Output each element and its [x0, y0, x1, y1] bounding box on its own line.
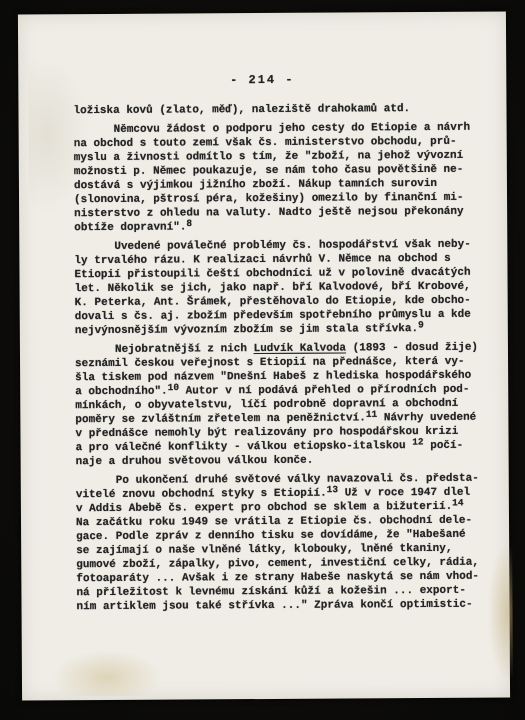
footnote-reference: 14: [452, 497, 463, 508]
text-segment: možnosti p. Němec poukazuje, se nám toho…: [74, 164, 464, 178]
scan-background: - 214 - ložiska kovů (zlato, měď), nalez…: [0, 0, 525, 720]
text-segment: Už v roce 1947 dlel: [338, 487, 470, 500]
text-segment: v přednášce nemohly být realizovány pro …: [75, 426, 458, 440]
text-segment: K. Peterka, Ant. Šrámek, přestěhovalo do…: [75, 295, 471, 309]
text-line: nisterstvo z ohledu na valuty. Nadto ješ…: [74, 205, 474, 221]
text-segment: ly trvalého rázu. K realizaci návrhů V. …: [74, 253, 450, 267]
footnote-reference: 13: [327, 484, 338, 495]
text-segment: počí-: [424, 440, 464, 452]
text-segment: Autor v ní podává přehled o přírodních p…: [179, 384, 470, 398]
text-segment: fotoaparáty ... Avšak i ze strany Habeše…: [76, 571, 479, 585]
text-segment: v Addis Abebě čs. expert pro obchod se s…: [76, 501, 452, 515]
text-segment: let. Několik se jich, jako např. bří Kal…: [75, 281, 471, 295]
text-segment: Ludvík Kalvoda: [254, 342, 346, 355]
text-segment: mínkách, o obyvatelstvu, líčí podrobně d…: [75, 398, 458, 412]
document-page: - 214 - ložiska kovů (zlato, měď), nalez…: [18, 12, 510, 701]
text-segment: se zajímají o naše vlněné látky, klobouk…: [76, 543, 452, 557]
text-segment: Návrhy uvedené: [377, 412, 476, 425]
text-line: nejvýnosnějším vývozním zbožím se jim st…: [75, 322, 475, 338]
paragraph: Nejobratnější z nich Ludvík Kalvoda (189…: [75, 341, 476, 469]
text-segment: dostává s výjimkou jižního zboží. Nákup …: [74, 178, 437, 192]
text-line: ložiska kovů (zlato, měď), naleziště dra…: [73, 102, 473, 118]
text-segment: seznámil českou veřejnost s Etiopií na p…: [75, 356, 465, 370]
paragraph: Po ukončení druhé světové války navazova…: [76, 472, 477, 614]
text-line: naje a druhou světovou válkou konče.: [76, 453, 476, 469]
text-segment: naje a druhou světovou válkou konče.: [76, 455, 314, 468]
footnote-reference: 11: [366, 409, 377, 420]
text-segment: Po ukončení druhé světové války navazova…: [116, 473, 479, 487]
text-segment: nejvýnosnějším vývozním zbožím se jim st…: [75, 323, 418, 337]
text-segment: poměry se zvláštním zřetelem na peněžnic…: [75, 412, 366, 426]
text-segment: Etiopií přistoupili čeští obchodníci už …: [74, 267, 470, 281]
text-segment: ním artiklem jsou také střívka ..." Zprá…: [76, 599, 472, 613]
paragraph: Uvedené poválečné problémy čs. hospodářs…: [74, 238, 475, 338]
text-segment: myslu a živnosti odmítlo s tím, že "zbož…: [74, 150, 464, 164]
paragraph: Němcovu žádost o podporu jeho cesty do E…: [74, 121, 475, 235]
paragraph: ložiska kovů (zlato, měď), naleziště dra…: [73, 102, 473, 118]
text-segment: gumové zboží, zápalky, pivo, cement, inv…: [76, 557, 479, 571]
text-segment: a pro válečné konflikty - válkou etiopsk…: [76, 440, 413, 454]
text-segment: a obchodního".: [75, 386, 167, 399]
text-line: a pro válečné konflikty - válkou etiopsk…: [76, 439, 476, 455]
text-segment: vitelé znovu obchodní styky s Etiopií.: [76, 488, 327, 502]
footnote-reference: 10: [168, 382, 179, 393]
text-segment: šla tiskem pod názvem "Dnešní Habeš z hl…: [75, 370, 471, 384]
text-segment: obtíže dopravní".: [74, 221, 186, 234]
footnote-reference: 9: [418, 320, 424, 331]
text-segment: ná příležitost k levnému získání kůží a …: [76, 585, 466, 599]
text-segment: Nejobratnější z nich: [115, 343, 254, 356]
text-line: ním artiklem jsou také střívka ..." Zprá…: [76, 598, 476, 614]
text-segment: na obchod s touto zemí však čs. minister…: [74, 136, 457, 150]
text-segment: Na začátku roku 1949 se vrátila z Etiopi…: [76, 515, 472, 529]
paper-stain-bottom-right: [488, 547, 513, 677]
footnote-reference: 12: [412, 437, 423, 448]
text-segment: Uvedené poválečné problémy čs. hospodářs…: [114, 239, 471, 253]
text-line: obtíže dopravní".8: [74, 219, 474, 235]
text-segment: nisterstvo z ohledu na valuty. Nadto ješ…: [74, 206, 464, 220]
page-text: ložiska kovů (zlato, měď), naleziště dra…: [73, 102, 476, 614]
footnote-reference: 8: [186, 218, 192, 229]
page-number: - 214 -: [18, 72, 506, 89]
text-segment: gace. Podle zpráv z denního tisku se dov…: [76, 529, 466, 543]
text-segment: (slonovina, pštrosí péra, kožešiny) omez…: [74, 192, 464, 206]
text-segment: (1893 - dosud žije): [346, 342, 478, 355]
text-segment: dovali s čs. aj. zbožím především spotře…: [75, 309, 471, 323]
text-segment: ložiska kovů (zlato, měď), naleziště dra…: [73, 103, 410, 117]
paper-stain-bottom-left: [52, 650, 162, 697]
text-segment: Němcovu žádost o podporu jeho cesty do E…: [114, 122, 471, 136]
